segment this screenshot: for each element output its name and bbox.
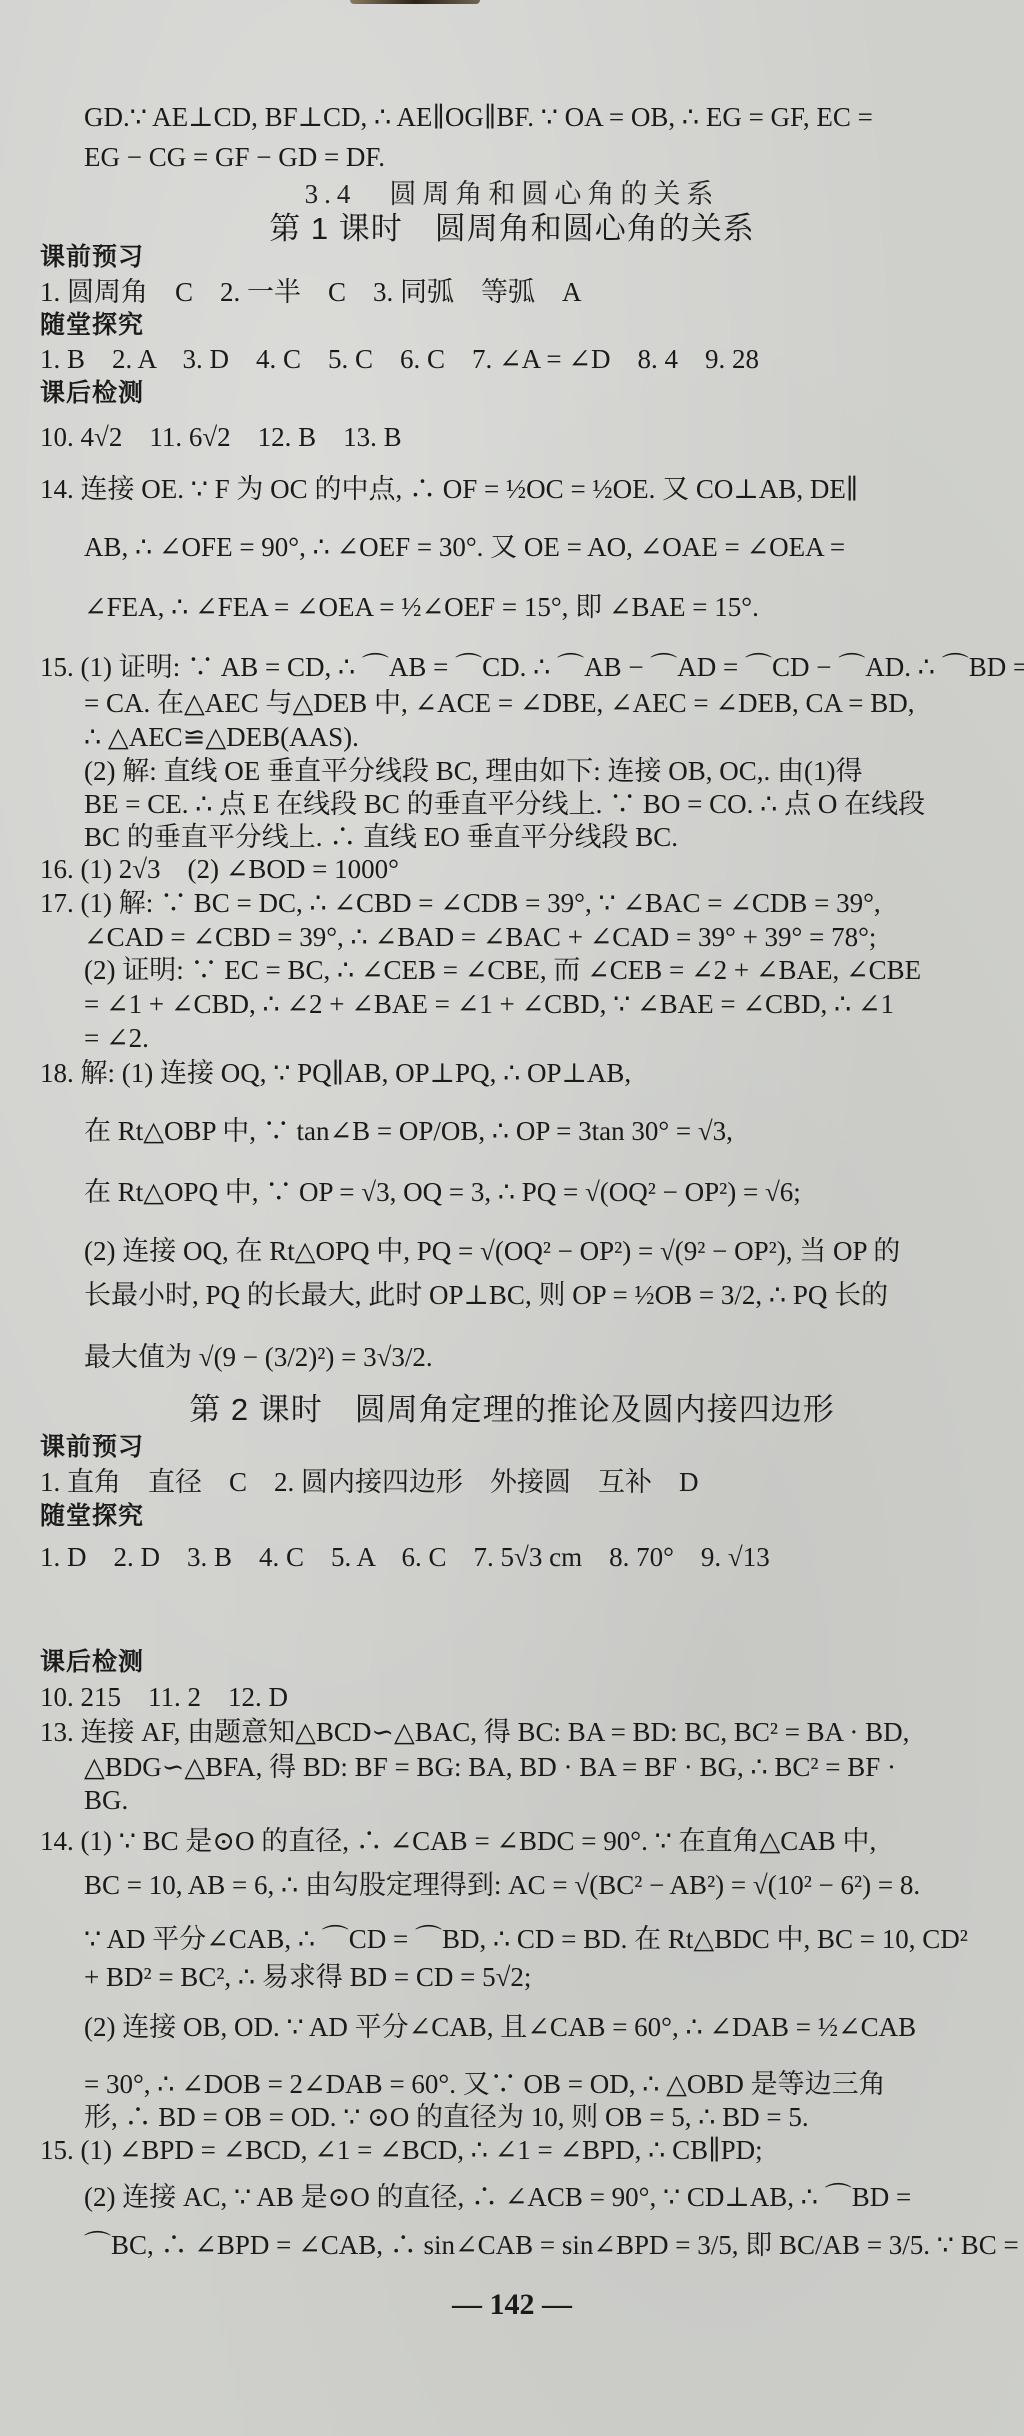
q14-line: 14. (1) ∵ BC 是⊙O 的直径, ∴ ∠CAB = ∠BDC = 90… (40, 1824, 876, 1858)
inclass-heading: 随堂探究 (40, 1499, 144, 1533)
q18-line: 最大值为 √(9 − (3/2)²) = 3√3/2. (84, 1340, 433, 1374)
q15-line: 15. (1) ∠BPD = ∠BCD, ∠1 = ∠BCD, ∴ ∠1 = ∠… (40, 2133, 763, 2167)
preview-heading: 课前预习 (40, 1430, 144, 1464)
q15-line: ∴ △AEC≌△DEB(AAS). (84, 720, 359, 754)
q17-line: = ∠2. (84, 1021, 149, 1055)
q14-line: BC = 10, AB = 6, ∴ 由勾股定理得到: AC = √(BC² −… (84, 1868, 920, 1902)
q14-line: + BD² = BC², ∴ 易求得 BD = CD = 5√2; (84, 1960, 531, 1994)
q14-line: (2) 连接 OB, OD. ∵ AD 平分∠CAB, 且∠CAB = 60°,… (84, 2010, 916, 2044)
q14-line: = 30°, ∴ ∠DOB = 2∠DAB = 60°. 又∵ OB = OD,… (84, 2067, 886, 2101)
after-class-answers: 10. 215 11. 2 12. D (40, 1680, 288, 1714)
q13-line: 13. 连接 AF, 由题意知△BCD∽△BAC, 得 BC: BA = BD:… (40, 1715, 909, 1749)
page-number: — 142 — (0, 2288, 1024, 2322)
inclass-heading: 随堂探究 (40, 308, 144, 342)
q17-line: = ∠1 + ∠CBD, ∴ ∠2 + ∠BAE = ∠1 + ∠CBD, ∵ … (84, 987, 894, 1021)
q15-line: (2) 解: 直线 OE 垂直平分线段 BC, 理由如下: 连接 OB, OC,… (84, 754, 863, 788)
q18-line: (2) 连接 OQ, 在 Rt△OPQ 中, PQ = √(OQ² − OP²)… (84, 1234, 900, 1268)
q15-line: BC 的垂直平分线上. ∴ 直线 EO 垂直平分线段 BC. (84, 820, 678, 854)
q13-line: BG. (84, 1783, 128, 1817)
q15-line: ⌒BC, ∴ ∠BPD = ∠CAB, ∴ sin∠CAB = sin∠BPD … (84, 2228, 1019, 2262)
q14-line: ∵ AD 平分∠CAB, ∴ ⌒CD = ⌒BD, ∴ CD = BD. 在 R… (84, 1922, 968, 1956)
q15-line: 15. (1) 证明: ∵ AB = CD, ∴ ⌒AB = ⌒CD. ∴ ⌒A… (40, 650, 1024, 684)
after-class-heading: 课后检测 (40, 1645, 144, 1679)
continuation-line: GD.∵ AE⊥CD, BF⊥CD, ∴ AE∥OG∥BF. ∵ OA = OB… (84, 100, 873, 134)
answer-page: GD.∵ AE⊥CD, BF⊥CD, ∴ AE∥OG∥BF. ∵ OA = OB… (0, 0, 1024, 2436)
preview-heading: 课前预习 (40, 240, 144, 274)
q15-line: = CA. 在△AEC 与△DEB 中, ∠ACE = ∠DBE, ∠AEC =… (84, 686, 914, 720)
q14-line: 形, ∴ BD = OB = OD. ∵ ⊙O 的直径为 10, 则 OB = … (84, 2100, 809, 2134)
inclass-answers: 1. B 2. A 3. D 4. C 5. C 6. C 7. ∠A = ∠D… (40, 342, 759, 376)
preview-answers: 1. 直角 直径 C 2. 圆内接四边形 外接圆 互补 D (40, 1465, 699, 1499)
q17-line: 17. (1) 解: ∵ BC = DC, ∴ ∠CBD = ∠CDB = 39… (40, 886, 881, 920)
q14-line: AB, ∴ ∠OFE = 90°, ∴ ∠OEF = 30°. 又 OE = A… (84, 530, 845, 564)
q14-line: 14. 连接 OE. ∵ F 为 OC 的中点, ∴ OF = ½OC = ½O… (40, 472, 858, 506)
q18-line: 18. 解: (1) 连接 OQ, ∵ PQ∥AB, OP⊥PQ, ∴ OP⊥A… (40, 1056, 631, 1090)
q18-line: 在 Rt△OPQ 中, ∵ OP = √3, OQ = 3, ∴ PQ = √(… (84, 1175, 801, 1209)
q13-line: △BDG∽△BFA, 得 BD: BF = BG: BA, BD · BA = … (84, 1750, 896, 1784)
q17-line: ∠CAD = ∠CBD = 39°, ∴ ∠BAD = ∠BAC + ∠CAD … (84, 920, 876, 954)
lesson2-title: 第 2 课时 圆周角定理的推论及圆内接四边形 (0, 1384, 1024, 1429)
q17-line: (2) 证明: ∵ EC = BC, ∴ ∠CEB = ∠CBE, 而 ∠CEB… (84, 953, 921, 987)
q15-line: (2) 连接 AC, ∵ AB 是⊙O 的直径, ∴ ∠ACB = 90°, ∵… (84, 2180, 911, 2214)
preview-answers: 1. 圆周角 C 2. 一半 C 3. 同弧 等弧 A (40, 275, 582, 309)
after-class-heading: 课后检测 (40, 376, 144, 410)
q18-line: 在 Rt△OBP 中, ∵ tan∠B = OP/OB, ∴ OP = 3tan… (84, 1114, 733, 1148)
lesson1-title: 第 1 课时 圆周角和圆心角的关系 (0, 203, 1024, 248)
q14-line: ∠FEA, ∴ ∠FEA = ∠OEA = ½∠OEF = 15°, 即 ∠BA… (84, 590, 759, 624)
q18-line: 长最小时, PQ 的长最大, 此时 OP⊥BC, 则 OP = ½OB = 3/… (84, 1278, 888, 1312)
q15-line: BE = CE. ∴ 点 E 在线段 BC 的垂直平分线上. ∵ BO = CO… (84, 787, 925, 821)
after-class-answers: 10. 4√2 11. 6√2 12. B 13. B (40, 420, 402, 454)
inclass-answers: 1. D 2. D 3. B 4. C 5. A 6. C 7. 5√3 cm … (40, 1540, 770, 1574)
q16-line: 16. (1) 2√3 (2) ∠BOD = 1000° (40, 852, 399, 886)
continuation-line: EG − CG = GF − GD = DF. (84, 140, 385, 174)
